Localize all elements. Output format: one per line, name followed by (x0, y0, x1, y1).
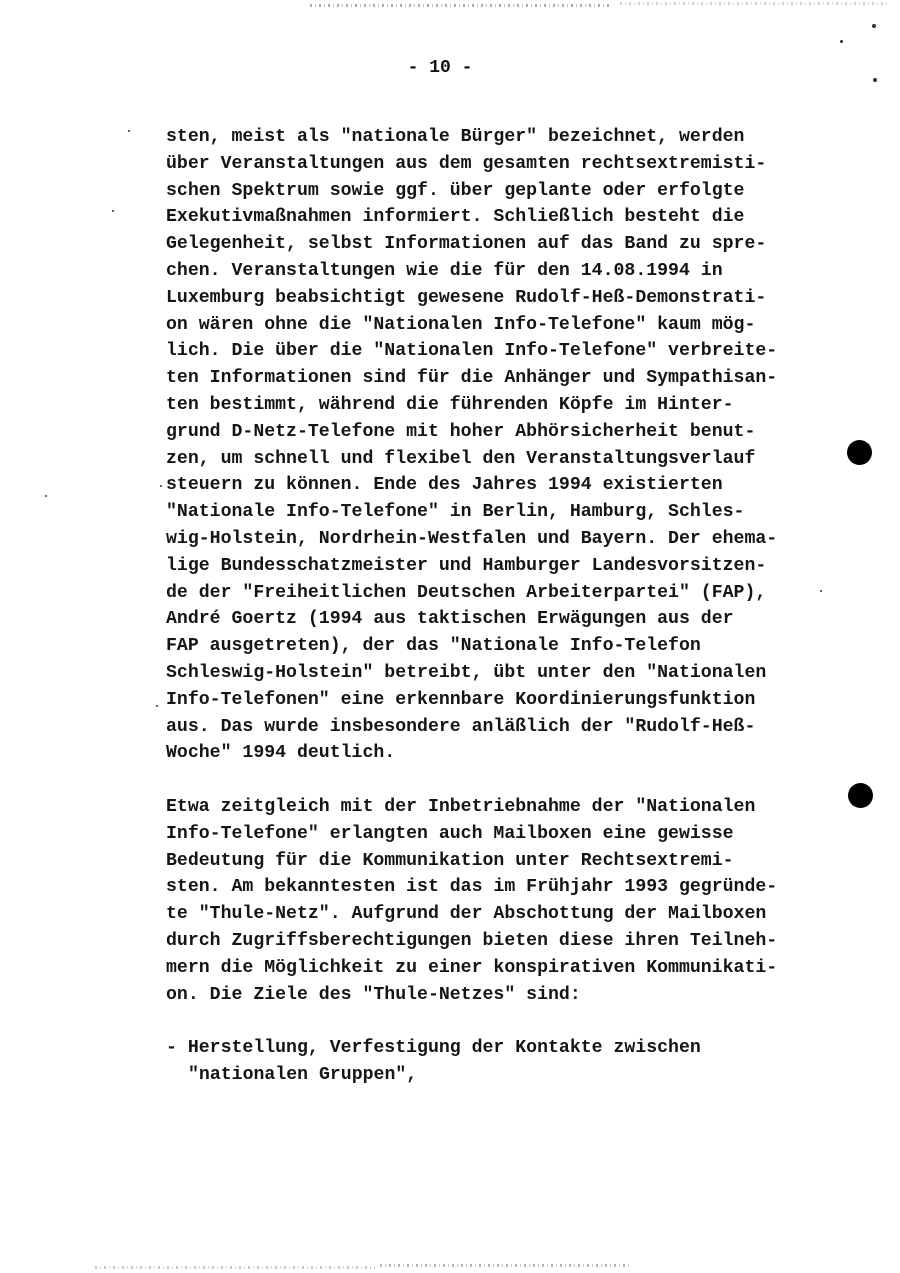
text-line: - Herstellung, Verfestigung der Kontakte… (166, 1035, 806, 1062)
scan-speck (872, 24, 876, 28)
scan-speck (128, 130, 130, 132)
text-line: durch Zugriffsberechtigungen bieten dies… (166, 928, 806, 955)
scan-speck (156, 705, 158, 707)
scan-speck (160, 485, 162, 487)
text-line: über Veranstaltungen aus dem gesamten re… (166, 151, 806, 178)
scan-speck (112, 210, 114, 212)
text-line: lige Bundesschatzmeister und Hamburger L… (166, 553, 806, 580)
text-line: ten Informationen sind für die Anhänger … (166, 365, 806, 392)
text-line: "nationalen Gruppen", (166, 1062, 806, 1089)
punch-hole-upper (847, 440, 872, 465)
paragraph-1: sten, meist als "nationale Bürger" bezei… (166, 124, 806, 767)
scan-speck (840, 40, 843, 43)
text-line: sten, meist als "nationale Bürger" bezei… (166, 124, 806, 151)
list-item: - Herstellung, Verfestigung der Kontakte… (166, 1035, 806, 1089)
text-line: ten bestimmt, während die führenden Köpf… (166, 392, 806, 419)
paragraph-spacer (166, 1008, 806, 1035)
document-body: sten, meist als "nationale Bürger" bezei… (166, 124, 806, 1089)
text-line: schen Spektrum sowie ggf. über geplante … (166, 178, 806, 205)
text-line: FAP ausgetreten), der das "Nationale Inf… (166, 633, 806, 660)
scan-speck (820, 590, 822, 592)
text-line: aus. Das wurde insbesondere anläßlich de… (166, 714, 806, 741)
text-line: Woche" 1994 deutlich. (166, 740, 806, 767)
text-line: Gelegenheit, selbst Informationen auf da… (166, 231, 806, 258)
text-line: on wären ohne die "Nationalen Info-Telef… (166, 312, 806, 339)
text-line: grund D-Netz-Telefone mit hoher Abhörsic… (166, 419, 806, 446)
text-line: Info-Telefonen" eine erkennbare Koordini… (166, 687, 806, 714)
text-line: zen, um schnell und flexibel den Veranst… (166, 446, 806, 473)
scanned-document-page: - 10 - sten, meist als "nationale Bürger… (0, 0, 900, 1273)
text-line: "Nationale Info-Telefone" in Berlin, Ham… (166, 499, 806, 526)
scan-artifact-top-right (620, 2, 890, 5)
text-line: Etwa zeitgleich mit der Inbetriebnahme d… (166, 794, 806, 821)
paragraph-2: Etwa zeitgleich mit der Inbetriebnahme d… (166, 794, 806, 1008)
text-line: wig-Holstein, Nordrhein-Westfalen und Ba… (166, 526, 806, 553)
text-line: steuern zu können. Ende des Jahres 1994 … (166, 472, 806, 499)
text-line: chen. Veranstaltungen wie die für den 14… (166, 258, 806, 285)
scan-artifact-bottom-center (380, 1264, 630, 1267)
text-line: te "Thule-Netz". Aufgrund der Abschottun… (166, 901, 806, 928)
text-line: mern die Möglichkeit zu einer konspirati… (166, 955, 806, 982)
text-line: André Goertz (1994 aus taktischen Erwägu… (166, 606, 806, 633)
punch-hole-lower (848, 783, 873, 808)
scan-artifact-bottom (95, 1266, 375, 1269)
text-line: Schleswig-Holstein" betreibt, übt unter … (166, 660, 806, 687)
page-number: - 10 - (0, 58, 880, 78)
text-line: de der "Freiheitlichen Deutschen Arbeite… (166, 580, 806, 607)
scan-speck (873, 78, 877, 82)
text-line: Bedeutung für die Kommunikation unter Re… (166, 848, 806, 875)
text-line: lich. Die über die "Nationalen Info-Tele… (166, 338, 806, 365)
scan-speck (45, 495, 47, 497)
text-line: sten. Am bekanntesten ist das im Frühjah… (166, 874, 806, 901)
text-line: Exekutivmaßnahmen informiert. Schließlic… (166, 204, 806, 231)
paragraph-spacer (166, 767, 806, 794)
text-line: Luxemburg beabsichtigt gewesene Rudolf-H… (166, 285, 806, 312)
scan-artifact-top (310, 4, 610, 7)
text-line: Info-Telefone" erlangten auch Mailboxen … (166, 821, 806, 848)
text-line: on. Die Ziele des "Thule-Netzes" sind: (166, 982, 806, 1009)
